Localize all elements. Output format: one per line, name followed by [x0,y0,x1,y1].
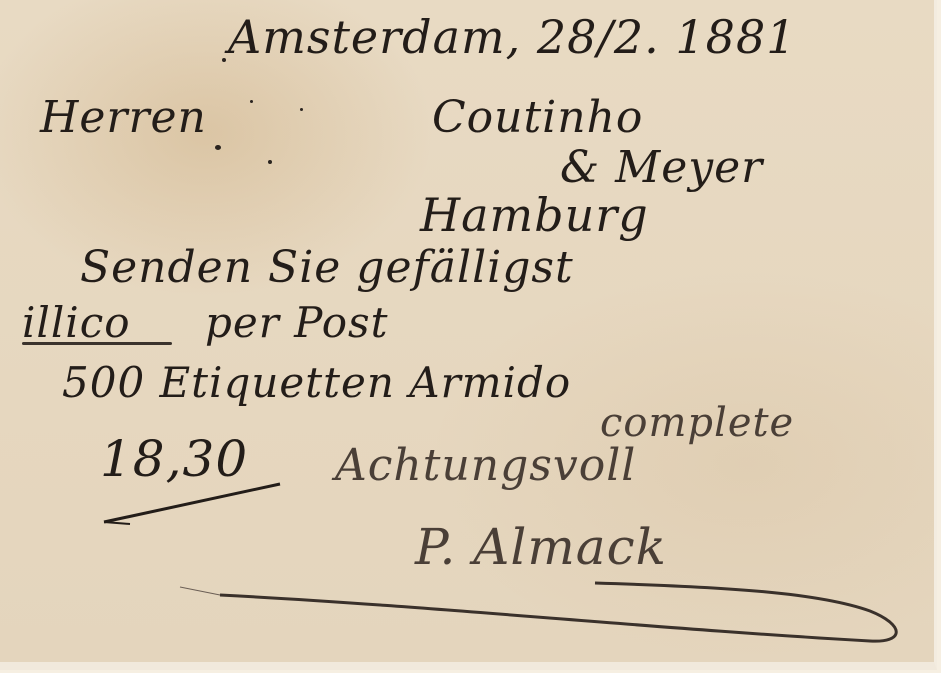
body-emphasis: illico [22,298,131,347]
signature-flourish [170,575,910,655]
ink-speck [215,145,221,150]
price-underline [100,478,290,528]
addressee-name-line2: & Meyer [560,142,763,193]
signature: P. Almack [415,518,667,576]
body-line3: 500 Etiquetten Armido [62,358,571,407]
body-line1: Senden Sie gefälligst [80,242,574,293]
addressee-name-line1: Coutinho [432,92,643,143]
body-line2: per Post [205,298,388,347]
ink-speck [268,160,272,164]
postcard: Amsterdam, 28/2. 1881 Herren Coutinho & … [0,0,937,670]
emphasis-underline [22,342,172,345]
salutation: Herren [40,92,207,143]
addressee-city: Hamburg [420,188,649,242]
ink-speck [222,58,226,62]
ink-speck [300,108,303,111]
place-date: Amsterdam, 28/2. 1881 [228,10,797,64]
closing: Achtungsvoll [335,440,636,491]
ink-speck [250,100,253,103]
